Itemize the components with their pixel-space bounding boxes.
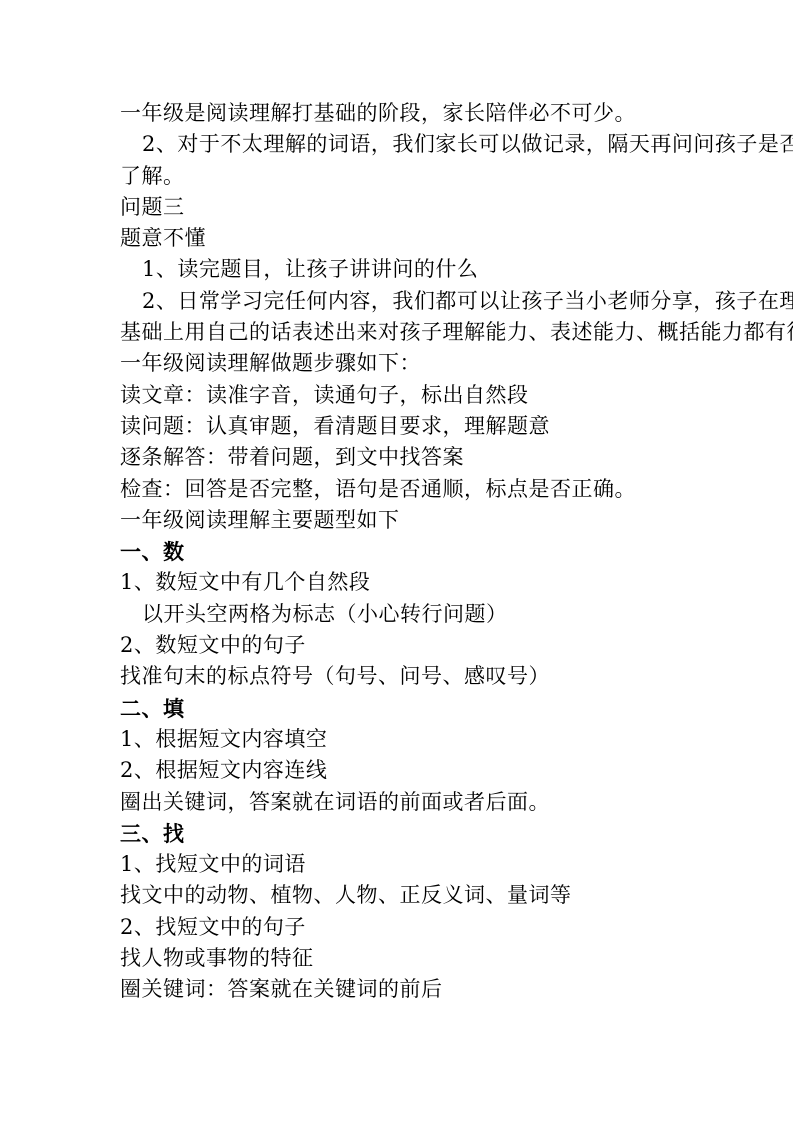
text-line: 一年级是阅读理解打基础的阶段，家长陪伴必不可少。 xyxy=(120,98,673,129)
section-heading: 三、找 xyxy=(120,818,673,849)
text-line: 问题三 xyxy=(120,192,673,223)
text-line: 一年级阅读理解做题步骤如下： xyxy=(120,348,673,379)
text-line: 读问题：认真审题，看清题目要求，理解题意 xyxy=(120,411,673,442)
text-line: 找文中的动物、植物、人物、正反义词、量词等 xyxy=(120,880,673,911)
document-text-body: 一年级是阅读理解打基础的阶段，家长陪伴必不可少。2、对于不太理解的词语，我们家长… xyxy=(120,98,673,1006)
text-line: 圈关键词：答案就在关键词的前后 xyxy=(120,974,673,1005)
text-line: 1、根据短文内容填空 xyxy=(120,724,673,755)
text-line: 题意不懂 xyxy=(120,223,673,254)
text-line: 2、找短文中的句子 xyxy=(120,912,673,943)
text-line: 2、日常学习完任何内容，我们都可以让孩子当小老师分享，孩子在理解的 xyxy=(120,286,673,317)
text-line: 1、读完题目，让孩子讲讲问的什么 xyxy=(120,254,673,285)
text-line: 找人物或事物的特征 xyxy=(120,943,673,974)
text-line: 2、对于不太理解的词语，我们家长可以做记录，隔天再问问孩子是否掌握 xyxy=(120,129,673,160)
text-line: 一年级阅读理解主要题型如下 xyxy=(120,505,673,536)
section-heading: 二、填 xyxy=(120,693,673,724)
text-line: 以开头空两格为标志（小心转行问题） xyxy=(120,599,673,630)
text-line: 1、数短文中有几个自然段 xyxy=(120,567,673,598)
text-line: 2、数短文中的句子 xyxy=(120,630,673,661)
text-line: 检查：回答是否完整，语句是否通顺，标点是否正确。 xyxy=(120,474,673,505)
text-line: 圈出关键词，答案就在词语的前面或者后面。 xyxy=(120,787,673,818)
text-line: 基础上用自己的话表述出来对孩子理解能力、表述能力、概括能力都有很大帮助。 xyxy=(120,317,673,348)
section-heading: 一、数 xyxy=(120,536,673,567)
text-line: 1、找短文中的词语 xyxy=(120,849,673,880)
text-line: 读文章：读准字音，读通句子，标出自然段 xyxy=(120,380,673,411)
document-page: 一年级是阅读理解打基础的阶段，家长陪伴必不可少。2、对于不太理解的词语，我们家长… xyxy=(0,0,793,1122)
text-line: 了解。 xyxy=(120,161,673,192)
text-line: 2、根据短文内容连线 xyxy=(120,755,673,786)
text-line: 找准句末的标点符号（句号、问号、感叹号） xyxy=(120,661,673,692)
text-line: 逐条解答：带着问题，到文中找答案 xyxy=(120,442,673,473)
